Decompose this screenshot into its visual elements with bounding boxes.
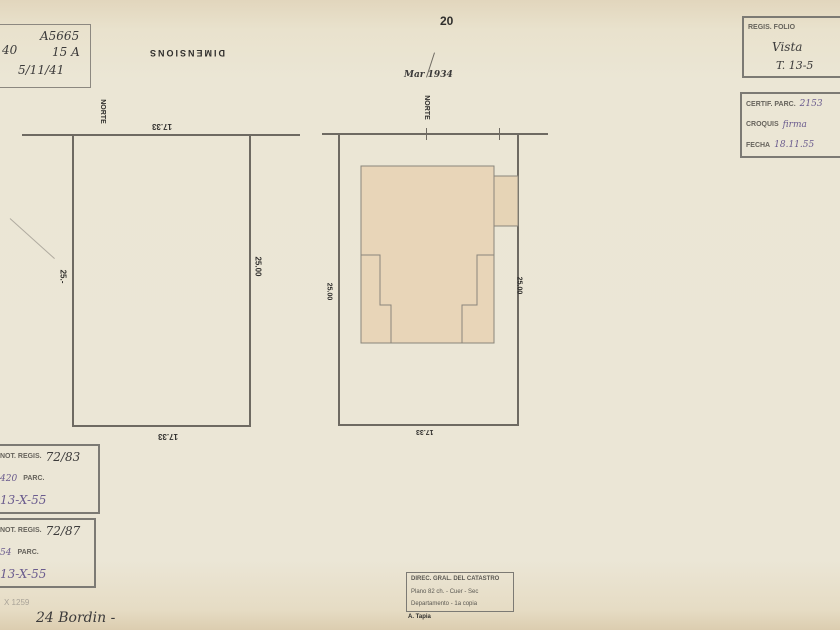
pencil-diagonal-mark [10, 218, 55, 259]
stamp-row: Plano 82 ch. - Cuer - Sec [407, 586, 513, 599]
corner-note: 40 A5665 15 A 5/11/41 [0, 24, 91, 88]
right-plan-right-dimension: 25.00 [515, 277, 522, 295]
stamp-cadastre-footer: A. Tapia [408, 614, 431, 620]
page-number: 20 [440, 14, 453, 28]
bottom-signature: 24 Bordin - [36, 610, 115, 626]
stamp-value: 72/83 [46, 450, 81, 464]
left-plan-right-edge [249, 134, 251, 426]
left-plan-top-dimension: 17.33 [152, 122, 172, 131]
right-plan-bottom-edge [338, 424, 519, 426]
bottom-left-note: X 1259 [4, 598, 29, 607]
right-plan-tick-1 [426, 128, 427, 140]
right-plan-north-label: NORTE [423, 95, 430, 120]
stamp-value: T. 13-5 [776, 59, 813, 72]
stamp-row: Departamento - 1a copia [407, 598, 513, 611]
building-footprint [355, 160, 525, 350]
left-plan-header: DIMENSIONS [148, 48, 225, 58]
corner-note-line2: 15 A [52, 45, 80, 59]
stamp-value: 54 [0, 548, 11, 558]
corner-note-fragment: 40 [2, 43, 17, 57]
stamp-registry-1: NOT. REGIS.72/83 420PARC. 13-X-55 [0, 444, 100, 514]
stamp-label: PARC. [23, 475, 44, 482]
stamp-value: 18.11.55 [774, 140, 814, 150]
left-plan-right-dimension: 25.00 [254, 256, 263, 276]
stamp-label: CERTIF. PARC. [746, 101, 796, 108]
stamp-label: REGIS. FOLIO [748, 24, 795, 31]
stamp-label: FECHA [746, 142, 770, 149]
left-plan-left-edge [72, 134, 74, 426]
stamp-value: 2153 [800, 99, 823, 109]
stamp-row: DIREC. GRAL. DEL CATASTRO [407, 573, 513, 586]
stamp-value: 13-X-55 [0, 493, 46, 507]
stamp-register-folio: REGIS. FOLIO Vista T. 13-5 [742, 16, 840, 78]
stamp-cadastre: DIREC. GRAL. DEL CATASTRO Plano 82 ch. -… [406, 572, 514, 612]
left-plan-north-label: NORTE [99, 99, 106, 124]
stamp-certificate: CERTIF. PARC.2153 CROQUISfirma FECHA18.1… [740, 92, 840, 158]
stamp-value: 72/87 [46, 524, 81, 538]
left-plan-bottom-dimension: 17.33 [158, 432, 178, 441]
stamp-label: PARC. [17, 549, 38, 556]
stamp-value: firma [783, 120, 807, 130]
stamp-registry-2: NOT. REGIS.72/87 54PARC. 13-X-55 [0, 518, 96, 588]
left-plan-top-line [22, 134, 300, 136]
stamp-label: NOT. REGIS. [0, 453, 42, 460]
right-plan-left-edge [338, 133, 340, 425]
stamp-value: Vista [772, 40, 802, 54]
stamp-value: 420 [0, 474, 17, 484]
stamp-label: CROQUIS [746, 121, 779, 128]
corner-note-line3: 5/11/41 [18, 63, 64, 77]
right-plan-left-dimension: 25.00 [325, 283, 332, 301]
left-plan-bottom-edge [72, 425, 251, 427]
right-plan-bottom-dimension: 17.33 [416, 428, 434, 435]
right-plan-tick-2 [499, 128, 500, 140]
left-plan-left-dimension: 25.- [58, 270, 67, 284]
corner-note-line1: A5665 [40, 29, 79, 43]
right-plan-top-line [322, 133, 548, 135]
stamp-value: 13-X-55 [0, 567, 46, 581]
stamp-label: NOT. REGIS. [0, 527, 42, 534]
